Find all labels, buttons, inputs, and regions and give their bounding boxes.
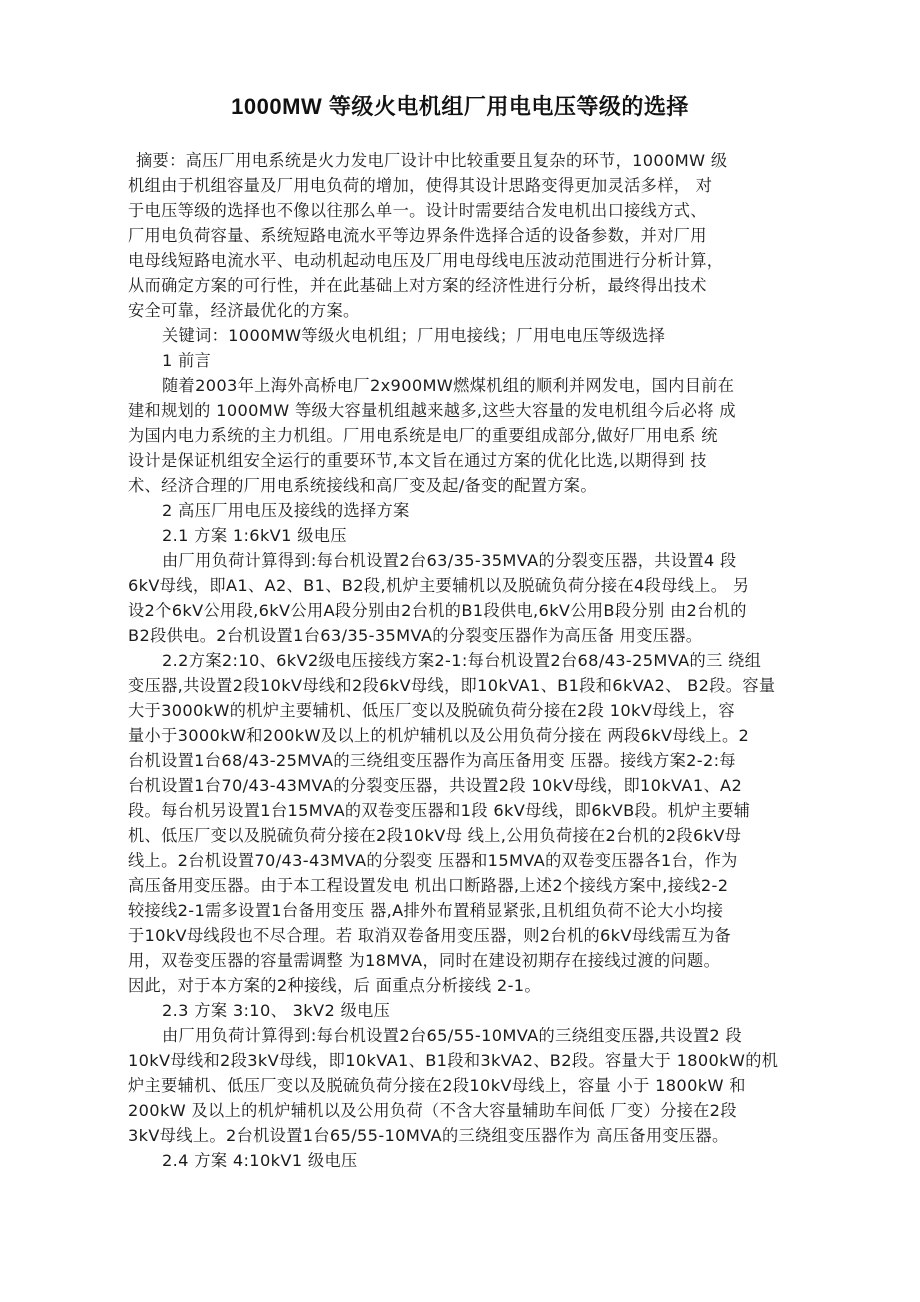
text-line: 200kW 及以上的机炉辅机以及公用负荷（不含大容量辅助车间低 厂变）分接在2段 <box>128 1101 737 1121</box>
text-line: 电母线短路电流水平、电动机起动电压及厂用电母线电压波动范围进行分析计算， <box>128 251 723 271</box>
text-line: 于电压等级的选择也不像以往那么单一。设计时需要结合发电机出口接线方式、 <box>128 201 707 221</box>
text-line: 10kV母线和2段3kV母线，即10kVA1、B1段和3kVA2、B2段。容量大… <box>128 1051 778 1071</box>
text-line: 大于3000kW的机炉主要辅机、低压厂变以及脱硫负荷分接在2段 10kV母线上，… <box>128 701 735 721</box>
text-line: 台机设置1台68/43-25MVA的三绕组变压器作为高压备用变 压器。接线方案2… <box>128 751 736 771</box>
text-line: 用，双卷变压器的容量需调整 为18MVA，同时在建设初期存在接线过渡的问题。 <box>128 951 720 971</box>
text-line: 高压备用变压器。由于本工程设置发电 机出口断路器,上述2个接线方案中,接线2-2 <box>128 876 728 896</box>
text-line: 由厂用负荷计算得到:每台机设置2台65/55-10MVA的三绕组变压器,共设置2… <box>162 1026 742 1046</box>
text-line: 设计是保证机组安全运行的重要环节,本文旨在通过方案的优化比选,以期得到 技 <box>128 451 707 471</box>
text-line: 2.1 方案 1:6kV1 级电压 <box>162 526 347 546</box>
text-line: 3kV母线上。2台机设置1台65/55-10MVA的三绕组变压器作为 高压备用变… <box>128 1126 729 1146</box>
text-line: 较接线2-1需多设置1台备用变压 器,A排外布置稍显紧张,且机组负荷不论大小均接 <box>128 901 723 921</box>
text-line: 从而确定方案的可行性，并在此基础上对方案的经济性进行分析，最终得出技术 <box>128 276 707 296</box>
text-line: 1 前言 <box>162 351 211 371</box>
text-line: 变压器,共设置2段10kV母线和2段6kV母线，即10kVA1、B1段和6kVA… <box>128 676 775 696</box>
text-line: 2.3 方案 3:10、 3kV2 级电压 <box>162 1001 390 1021</box>
text-line: 线上。2台机设置70/43-43MVA的分裂变 压器和15MVA的双卷变压器各1… <box>128 851 738 871</box>
text-line: 炉主要辅机、低压厂变以及脱硫负荷分接在2段10kV母线上，容量 小于 1800k… <box>128 1076 746 1096</box>
document-title: 1000MW 等级火电机组厂用电电压等级的选择 <box>0 90 920 121</box>
text-line: 因此，对于本方案的2种接线，后 面重点分析接线 2-1。 <box>128 976 541 996</box>
text-line: 机组由于机组容量及厂用电负荷的增加，使得其设计思路变得更加灵活多样， 对 <box>128 176 712 196</box>
text-line: 台机设置1台70/43-43MVA的分裂变压器，共设置2段 10kV母线，即10… <box>128 776 742 796</box>
text-line: 由厂用负荷计算得到:每台机设置2台63/35-35MVA的分裂变压器，共设置4 … <box>162 551 737 571</box>
text-line: 量小于3000kW和200kW及以上的机炉辅机以及公用负荷分接在 两段6kV母线… <box>128 726 749 746</box>
document-page: 1000MW 等级火电机组厂用电电压等级的选择 摘要：高压厂用电系统是火力发电厂… <box>0 0 920 1302</box>
text-line: 机、低压厂变以及脱硫负荷分接在2段10kV母 线上,公用负荷接在2台机的2段6k… <box>128 826 741 846</box>
text-line: 关键词：1000MW等级火电机组；厂用电接线；厂用电电压等级选择 <box>162 326 665 346</box>
text-line: 2.2方案2:10、6kV2级电压接线方案2-1:每台机设置2台68/43-25… <box>162 651 761 671</box>
text-line: 摘要：高压厂用电系统是火力发电厂设计中比较重要且复杂的环节，1000MW 级 <box>136 151 727 171</box>
text-line: 术、经济合理的厂用电系统接线和高厂变及起/备变的配置方案。 <box>128 476 597 496</box>
text-line: 厂用电负荷容量、系统短路电流水平等边界条件选择合适的设备参数，并对厂用 <box>128 226 707 246</box>
text-line: 为国内电力系统的主力机组。厂用电系统是电厂的重要组成部分,做好厂用电系 统 <box>128 426 718 446</box>
text-line: 2 高压厂用电压及接线的选择方案 <box>162 501 410 521</box>
text-line: B2段供电。2台机设置1台63/35-35MVA的分裂变压器作为高压备 用变压器… <box>128 626 702 646</box>
text-line: 2.4 方案 4:10kV1 级电压 <box>162 1151 358 1171</box>
text-line: 建和规划的 1000MW 等级大容量机组越来越多,这些大容量的发电机组今后必将 … <box>128 401 736 421</box>
text-line: 于10kV母线段也不尽合理。若 取消双卷备用变压器，则2台机的6kV母线需互为备 <box>128 926 731 946</box>
text-line: 6kV母线，即A1、A2、B1、B2段,机炉主要辅机以及脱硫负荷分接在4段母线上… <box>128 576 749 596</box>
text-line: 段。每台机另设置1台15MVA的双卷变压器和1段 6kV母线，即6kVB段。机炉… <box>128 801 750 821</box>
text-line: 设2个6kV公用段,6kV公用A段分别由2台机的B1段供电,6kV公用B段分别 … <box>128 601 747 621</box>
text-line: 安全可靠，经济最优化的方案。 <box>128 301 360 321</box>
text-line: 随着2003年上海外高桥电厂2x900MW燃煤机组的顺利并网发电，国内目前在 <box>162 376 734 396</box>
